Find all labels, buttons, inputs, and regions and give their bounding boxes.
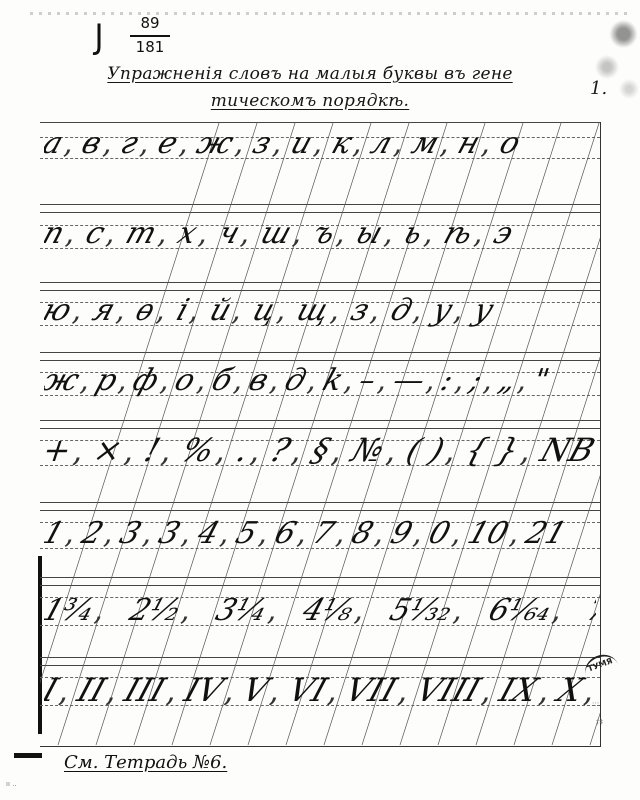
exercise-glyph: IV [180,671,228,709]
symbols-row: +,×,!,%,.,?,§,№,( ),{ },NB [44,431,596,475]
numerals-row: 1,2,3,3,4,5,6,7,8,9,0,10,21 [44,516,596,558]
ruling-line [40,428,600,429]
exercise-glyph: % [177,431,220,469]
ruling-line [40,290,600,291]
exercise-glyph: III [120,671,170,709]
exercise-glyph: VII [341,671,402,709]
ruling-line [40,665,600,666]
binding-edge-foot [14,753,42,758]
exercise-glyph: 21 [521,516,571,551]
exercise-glyph: VI [283,671,331,709]
catalog-fraction-bar [130,35,170,37]
exercise-glyph: IX [495,671,543,709]
exercise-glyph: — [388,363,429,398]
exercise-glyph: { } [461,431,524,469]
exercise-glyph: 4¹⁄₈ [298,593,358,628]
ruling-line [40,657,600,658]
exercise-glyph: ж [193,126,238,161]
exercise-glyph: 2¹⁄₂ [125,593,185,628]
ruling-line [40,122,600,123]
scan-speck: ıı .. [6,780,17,788]
exercise-glyph: щ [292,293,333,328]
footer-reference: См. Тетрадь №6. [64,752,227,773]
exercise-glyph: " [528,363,553,398]
ruling-line [40,282,600,283]
exercise-glyph: ж [44,363,84,398]
lowercase-row-4: ж,р,ф,о,б,в,д,k,–,—,:,;,„," [44,363,596,405]
ruling-line [40,360,600,361]
catalog-denominator: 181 [132,38,168,56]
exercise-glyph: э [490,216,518,251]
lowercase-row-1: а,в,г,е,ж,з,и,к,л,м,н,о [44,126,596,168]
exercise-glyph: ѣ [440,216,478,251]
exercise-glyph: о [495,126,524,161]
catalog-numerator: 89 [132,14,168,32]
ruling-line [40,212,600,213]
exercise-glyph: 6¹⁄₆₄ [484,593,556,628]
exercise-glyph: № [347,431,390,469]
page-title-line-2: тическомъ порядкѣ. [60,91,560,111]
exercise-glyph: т [122,216,162,251]
fractions-row: 1³⁄₄,2¹⁄₂,3¹⁄₄,4¹⁄₈,5¹⁄₃₂,6¹⁄₆₄,7,00 [44,593,596,635]
lowercase-row-2: п,с,т,х,ч,ш,ъ,ы,ь,ѣ,э [44,216,596,258]
exercise-glyph: NB [536,431,596,469]
scan-noise-corner [585,12,640,122]
ruling-line [40,420,600,421]
exercise-glyph: 10 [463,516,513,551]
scan-speck: †‡ [596,718,603,726]
ruling-line [40,204,600,205]
ruling-line [40,585,600,586]
lowercase-row-3: ю,я,ѳ,і,й,ц,щ,з,д,у,у [44,293,596,335]
scan-noise-top [30,12,630,15]
ruling-line [40,352,600,353]
page-title-line-1: Упражненія словъ на малыя буквы въ гене [60,64,560,84]
exercise-glyph: VIII [412,671,485,709]
exercise-glyph: ( ) [402,431,449,469]
exercise-glyph: 5¹⁄₃₂ [385,593,457,628]
exercise-glyph: ш [256,216,296,251]
page-number: 1. [590,78,607,99]
ruling-line [40,577,600,578]
exercise-glyph: у [469,293,498,328]
roman-numerals-row: I,II,III,IV,V,VI,VII,VIII,IX,X,XI,XII [44,671,596,715]
exercise-glyph: 7,00 [583,593,596,628]
binding-edge [38,556,42,734]
exercise-glyph: 1³⁄₄ [44,593,98,628]
catalog-prefix: J [95,20,104,54]
ruling-line [40,510,600,511]
scan-speck: ::: [592,700,599,708]
ruling-line [40,502,600,503]
exercise-glyph: 3¹⁄₄ [212,593,272,628]
